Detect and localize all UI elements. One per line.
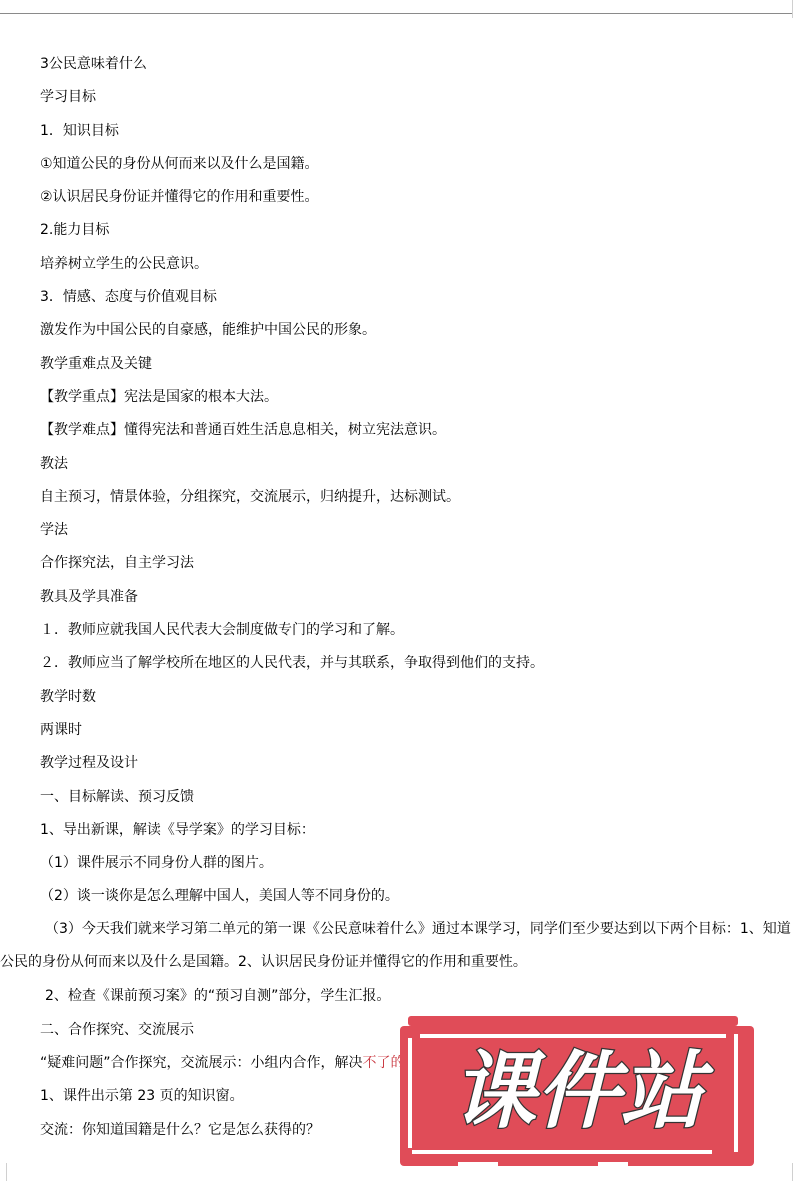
page-corner-mark [792, 1163, 793, 1181]
stamp-text: 课件站 [452, 1042, 714, 1140]
paragraph: ①知道公民的身份从何而来以及什么是国籍。 [40, 156, 792, 172]
paragraph: 1、导出新课，解读《导学案》的学习目标： [40, 822, 792, 838]
list-item: ２．教师应当了解学校所在地区的人民代表，并与其联系，争取得到他们的支持。 [40, 655, 792, 671]
list-item: （2）谈一谈你是怎么理解中国人，美国人等不同身份的。 [40, 888, 792, 904]
section-heading: 学习目标 [40, 89, 792, 105]
stamp-icon: 课件站 [398, 1012, 756, 1172]
page-top-border [0, 13, 792, 14]
paragraph: 自主预习，情景体验，分组探究，交流展示，归纳提升，达标测试。 [40, 489, 792, 505]
watermark-stamp: 课件站 [398, 1012, 756, 1172]
subheading: 2.能力目标 [40, 222, 792, 238]
paragraph: 培养树立学生的公民意识。 [40, 256, 792, 272]
section-heading: 教学重难点及关键 [40, 356, 792, 372]
list-item-wrapped: （3）今天我们就来学习第二单元的第一课《公民意味着什么》通过本课学习，同学们至少… [0, 913, 792, 980]
paragraph: 【教学难点】懂得宪法和普通百姓生活息息相关，树立宪法意识。 [40, 422, 792, 438]
paragraph: 合作探究法，自主学习法 [40, 555, 792, 571]
subheading: 1．知识目标 [40, 123, 792, 139]
document-page: 3公民意味着什么 学习目标 1．知识目标 ①知道公民的身份从何而来以及什么是国籍… [40, 56, 792, 1155]
paragraph: 2、检查《课前预习案》的“预习自测”部分，学生汇报。 [40, 988, 792, 1004]
section-heading: 教学过程及设计 [40, 755, 792, 771]
list-item: （1）课件展示不同身份人群的图片。 [40, 855, 792, 871]
paragraph: 激发作为中国公民的自豪感，能维护中国公民的形象。 [40, 322, 792, 338]
section-heading: 教法 [40, 456, 792, 472]
document-title: 3公民意味着什么 [40, 56, 792, 72]
subheading: 一、目标解读、预习反馈 [40, 789, 792, 805]
text-segment: “疑难问题”合作探究，交流展示：小组内合作，解决 [40, 1055, 363, 1071]
section-heading: 教具及学具准备 [40, 589, 792, 605]
subheading: 3．情感、态度与价值观目标 [40, 289, 792, 305]
section-heading: 学法 [40, 522, 792, 538]
paragraph: ②认识居民身份证并懂得它的作用和重要性。 [40, 189, 792, 205]
page-corner-mark [792, 0, 793, 18]
list-item: １．教师应就我国人民代表大会制度做专门的学习和了解。 [40, 622, 792, 638]
page-corner-mark [6, 1163, 7, 1181]
section-heading: 教学时数 [40, 689, 792, 705]
paragraph: 两课时 [40, 722, 792, 738]
paragraph: 【教学重点】宪法是国家的根本大法。 [40, 389, 792, 405]
